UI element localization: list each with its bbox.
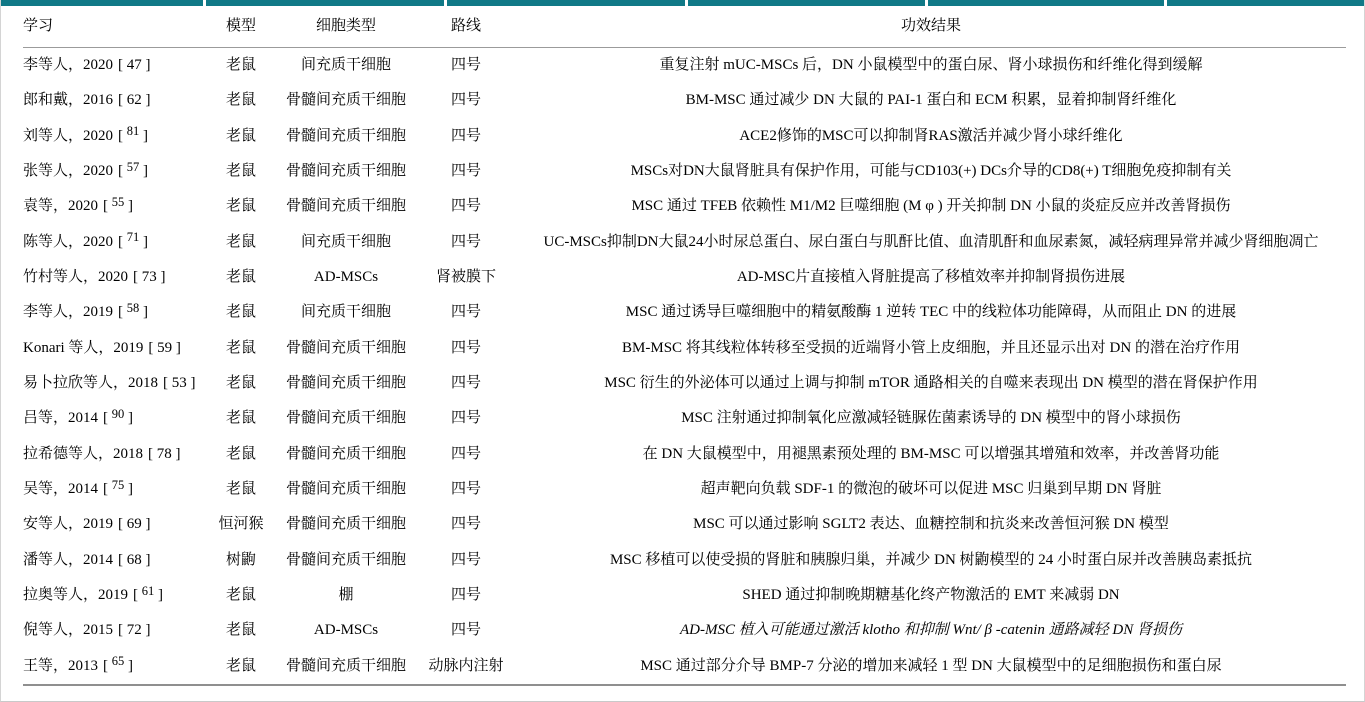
outcome-cell: 重复注射 mUC-MSCs 后，DN 小鼠模型中的蛋白尿、肾小球损伤和纤维化得到…	[516, 58, 1346, 73]
table-bottom-border	[23, 684, 1346, 686]
study-cell: 郎和戴，2016[ 62 ]	[23, 93, 206, 108]
citation-ref-link[interactable]: [ 78 ]	[148, 446, 181, 462]
model-cell: 老鼠	[206, 482, 276, 497]
table-row: 陈等人，2020[ 71 ] 老鼠 间充质干细胞 四号 UC-MSCs抑制DN大…	[1, 225, 1364, 260]
study-cell: 李等人，2020[ 47 ]	[23, 58, 206, 73]
top-border-segment	[1, 0, 203, 6]
citation-number[interactable]: 61	[142, 585, 155, 598]
model-cell: 老鼠	[206, 164, 276, 179]
model-cell: 老鼠	[206, 411, 276, 426]
citation-ref-link[interactable]: [ 75 ]	[103, 481, 133, 497]
citation-number[interactable]: 55	[112, 196, 125, 209]
route-cell: 四号	[416, 199, 516, 214]
study-cell: 拉希德等人，2018[ 78 ]	[23, 447, 206, 462]
cell-type-cell: 骨髓间充质干细胞	[276, 447, 416, 462]
route-cell: 四号	[416, 164, 516, 179]
model-cell: 老鼠	[206, 235, 276, 250]
study-label: 竹村等人，2020	[23, 269, 128, 285]
column-header-model: 模型	[206, 19, 276, 34]
study-cell: 吕等，2014[ 90 ]	[23, 411, 206, 426]
table-header-row: 学习 模型 细胞类型 路线 功效结果	[1, 6, 1364, 47]
citation-number[interactable]: 65	[112, 655, 125, 668]
route-cell: 四号	[416, 341, 516, 356]
citation-number[interactable]: 47	[127, 58, 142, 73]
route-cell: 四号	[416, 376, 516, 391]
model-cell: 老鼠	[206, 376, 276, 391]
citation-ref-link[interactable]: [ 72 ]	[118, 622, 151, 638]
study-cell: Konari 等人，2019[ 59 ]	[23, 341, 206, 356]
table-row: Konari 等人，2019[ 59 ] 老鼠 骨髓间充质干细胞 四号 BM-M…	[1, 331, 1364, 366]
study-label: 刘等人，2020	[23, 128, 113, 144]
top-border-segment	[688, 0, 925, 6]
cell-type-cell: 棚	[276, 588, 416, 603]
study-cell: 陈等人，2020[ 71 ]	[23, 235, 206, 250]
outcome-cell: UC-MSCs抑制DN大鼠24小时尿总蛋白、尿白蛋白与肌酐比值、血清肌酐和血尿素…	[516, 235, 1346, 250]
outcome-cell: MSC 通过 TFEB 依赖性 M1/M2 巨噬细胞 (M φ ) 开关抑制 D…	[516, 199, 1346, 214]
cell-type-cell: 骨髓间充质干细胞	[276, 93, 416, 108]
study-label: 拉奥等人，2019	[23, 587, 128, 603]
table-row: 刘等人，2020[ 81 ] 老鼠 骨髓间充质干细胞 四号 ACE2修饰的MSC…	[1, 119, 1364, 154]
outcome-cell: 在 DN 大鼠模型中，用褪黑素预处理的 BM-MSC 可以增强其增殖和效率，并改…	[516, 447, 1346, 462]
citation-ref-link[interactable]: [ 73 ]	[133, 269, 166, 285]
table-row: 郎和戴，2016[ 62 ] 老鼠 骨髓间充质干细胞 四号 BM-MSC 通过减…	[1, 83, 1364, 118]
model-cell: 老鼠	[206, 659, 276, 674]
study-label: 张等人，2020	[23, 163, 113, 179]
column-header-outcome: 功效结果	[516, 19, 1346, 34]
table-row: 竹村等人，2020[ 73 ] 老鼠 AD-MSCs 肾被膜下 AD-MSC片直…	[1, 260, 1364, 295]
column-header-route: 路线	[416, 19, 516, 34]
model-cell: 老鼠	[206, 199, 276, 214]
outcome-cell: MSC 可以通过影响 SGLT2 表达、血糖控制和抗炎来改善恒河猴 DN 模型	[516, 517, 1346, 532]
cell-type-cell: 间充质干细胞	[276, 58, 416, 73]
citation-number[interactable]: 90	[112, 408, 125, 421]
citation-number[interactable]: 75	[112, 479, 125, 492]
route-cell: 四号	[416, 235, 516, 250]
route-cell: 四号	[416, 517, 516, 532]
route-cell: 肾被膜下	[416, 270, 516, 285]
citation-number[interactable]: 73	[142, 270, 157, 285]
cell-type-cell: 间充质干细胞	[276, 305, 416, 320]
study-label: 倪等人，2015	[23, 622, 113, 638]
study-label: 袁等，2020	[23, 198, 98, 214]
study-label: 王等，2013	[23, 658, 98, 674]
route-cell: 四号	[416, 93, 516, 108]
study-label: 郎和戴，2016	[23, 92, 113, 108]
study-label: 拉希德等人，2018	[23, 446, 143, 462]
table-row: 拉希德等人，2018[ 78 ] 老鼠 骨髓间充质干细胞 四号 在 DN 大鼠模…	[1, 437, 1364, 472]
citation-ref-link[interactable]: [ 55 ]	[103, 198, 133, 214]
study-cell: 潘等人，2014[ 68 ]	[23, 553, 206, 568]
page: 学习 模型 细胞类型 路线 功效结果 李等人，2020[ 47 ] 老鼠 间充质…	[0, 0, 1365, 702]
outcome-cell: BM-MSC 通过减少 DN 大鼠的 PAI-1 蛋白和 ECM 积累，显着抑制…	[516, 93, 1346, 108]
citation-ref-link[interactable]: [ 57 ]	[118, 163, 148, 179]
table-row: 李等人，2020[ 47 ] 老鼠 间充质干细胞 四号 重复注射 mUC-MSC…	[1, 48, 1364, 83]
route-cell: 四号	[416, 482, 516, 497]
outcome-cell: MSC 通过部分介导 BMP-7 分泌的增加来减轻 1 型 DN 大鼠模型中的足…	[516, 659, 1346, 674]
cell-type-cell: AD-MSCs	[276, 623, 416, 638]
top-border-segment	[447, 0, 685, 6]
cell-type-cell: 间充质干细胞	[276, 235, 416, 250]
citation-ref-link[interactable]: [ 65 ]	[103, 658, 133, 674]
cell-type-cell: 骨髓间充质干细胞	[276, 341, 416, 356]
citation-number[interactable]: 59	[157, 341, 172, 356]
table-row: 吕等，2014[ 90 ] 老鼠 骨髓间充质干细胞 四号 MSC 注射通过抑制氧…	[1, 401, 1364, 436]
model-cell: 老鼠	[206, 341, 276, 356]
citation-number[interactable]: 68	[127, 553, 142, 568]
cell-type-cell: 骨髓间充质干细胞	[276, 411, 416, 426]
cell-type-cell: 骨髓间充质干细胞	[276, 553, 416, 568]
study-cell: 吴等，2014[ 75 ]	[23, 482, 206, 497]
citation-number[interactable]: 81	[127, 125, 140, 138]
outcome-cell: AD-MSC 植入可能通过激活 klotho 和抑制 Wnt/ β -caten…	[516, 623, 1346, 638]
citation-ref-link[interactable]: [ 81 ]	[118, 128, 148, 144]
citation-ref-link[interactable]: [ 90 ]	[103, 410, 133, 426]
route-cell: 四号	[416, 411, 516, 426]
citation-ref-link[interactable]: [ 53 ]	[163, 375, 196, 391]
outcome-cell: MSCs对DN大鼠肾脏具有保护作用，可能与CD103(+) DCs介导的CD8(…	[516, 164, 1346, 179]
citation-number[interactable]: 57	[127, 161, 140, 174]
cell-type-cell: 骨髓间充质干细胞	[276, 482, 416, 497]
outcome-cell: 超声靶向负载 SDF-1 的微泡的破坏可以促进 MSC 归巢到早期 DN 肾脏	[516, 482, 1346, 497]
study-label: 陈等人，2020	[23, 234, 113, 250]
citation-number[interactable]: 69	[127, 517, 142, 532]
study-label: Konari 等人，2019	[23, 340, 143, 356]
outcome-cell: ACE2修饰的MSC可以抑制肾RAS激活并减少肾小球纤维化	[516, 129, 1346, 144]
route-cell: 四号	[416, 58, 516, 73]
citation-number[interactable]: 72	[127, 623, 142, 638]
outcome-cell: MSC 通过诱导巨噬细胞中的精氨酸酶 1 逆转 TEC 中的线粒体功能障碍，从而…	[516, 305, 1346, 320]
study-label: 易卜拉欣等人，2018	[23, 375, 158, 391]
top-border-segment	[206, 0, 444, 6]
route-cell: 四号	[416, 588, 516, 603]
route-cell: 动脉内注射	[416, 659, 516, 674]
study-label: 吴等，2014	[23, 481, 98, 497]
study-cell: 王等，2013[ 65 ]	[23, 659, 206, 674]
route-cell: 四号	[416, 447, 516, 462]
study-cell: 张等人，2020[ 57 ]	[23, 164, 206, 179]
study-cell: 竹村等人，2020[ 73 ]	[23, 270, 206, 285]
table-row: 潘等人，2014[ 68 ] 树鼩 骨髓间充质干细胞 四号 MSC 移植可以使受…	[1, 543, 1364, 578]
outcome-cell: BM-MSC 将其线粒体转移至受损的近端肾小管上皮细胞，并且还显示出对 DN 的…	[516, 341, 1346, 356]
table-row: 袁等，2020[ 55 ] 老鼠 骨髓间充质干细胞 四号 MSC 通过 TFEB…	[1, 189, 1364, 224]
study-cell: 易卜拉欣等人，2018[ 53 ]	[23, 376, 206, 391]
study-label: 安等人，2019	[23, 516, 113, 532]
study-cell: 安等人，2019[ 69 ]	[23, 517, 206, 532]
outcome-cell: MSC 衍生的外泌体可以通过上调与抑制 mTOR 通路相关的自噬来表现出 DN …	[516, 376, 1346, 391]
table-row: 张等人，2020[ 57 ] 老鼠 骨髓间充质干细胞 四号 MSCs对DN大鼠肾…	[1, 154, 1364, 189]
citation-number[interactable]: 78	[157, 447, 172, 462]
study-label: 潘等人，2014	[23, 552, 113, 568]
model-cell: 老鼠	[206, 447, 276, 462]
outcome-cell: MSC 注射通过抑制氧化应激减轻链脲佐菌素诱导的 DN 模型中的肾小球损伤	[516, 411, 1346, 426]
model-cell: 树鼩	[206, 553, 276, 568]
table-body: 李等人，2020[ 47 ] 老鼠 间充质干细胞 四号 重复注射 mUC-MSC…	[1, 48, 1364, 684]
route-cell: 四号	[416, 623, 516, 638]
model-cell: 老鼠	[206, 623, 276, 638]
citation-ref-link[interactable]: [ 62 ]	[118, 92, 151, 108]
model-cell: 恒河猴	[206, 517, 276, 532]
study-label: 李等人，2020	[23, 57, 113, 73]
outcome-cell: SHED 通过抑制晚期糖基化终产物激活的 EMT 来减弱 DN	[516, 588, 1346, 603]
citation-ref-link[interactable]: [ 61 ]	[133, 587, 163, 603]
citation-number[interactable]: 62	[127, 93, 142, 108]
model-cell: 老鼠	[206, 93, 276, 108]
citation-ref-link[interactable]: [ 47 ]	[118, 57, 151, 73]
table-row: 吴等，2014[ 75 ] 老鼠 骨髓间充质干细胞 四号 超声靶向负载 SDF-…	[1, 472, 1364, 507]
citation-number[interactable]: 58	[127, 302, 140, 315]
top-border-segment	[928, 0, 1164, 6]
model-cell: 老鼠	[206, 58, 276, 73]
column-header-study: 学习	[23, 19, 206, 34]
model-cell: 老鼠	[206, 588, 276, 603]
outcome-cell: MSC 移植可以使受损的肾脏和胰腺归巢，并减少 DN 树鼩模型的 24 小时蛋白…	[516, 553, 1346, 568]
model-cell: 老鼠	[206, 270, 276, 285]
citation-number[interactable]: 71	[127, 231, 140, 244]
table-row: 拉奥等人，2019[ 61 ] 老鼠 棚 四号 SHED 通过抑制晚期糖基化终产…	[1, 578, 1364, 613]
citation-ref-link[interactable]: [ 69 ]	[118, 516, 151, 532]
citation-ref-link[interactable]: [ 71 ]	[118, 234, 148, 250]
column-header-cell-type: 细胞类型	[276, 19, 416, 34]
citation-ref-link[interactable]: [ 58 ]	[118, 304, 148, 320]
study-cell: 倪等人，2015[ 72 ]	[23, 623, 206, 638]
cell-type-cell: 骨髓间充质干细胞	[276, 659, 416, 674]
cell-type-cell: AD-MSCs	[276, 270, 416, 285]
model-cell: 老鼠	[206, 129, 276, 144]
cell-type-cell: 骨髓间充质干细胞	[276, 164, 416, 179]
cell-type-cell: 骨髓间充质干细胞	[276, 517, 416, 532]
table-row: 王等，2013[ 65 ] 老鼠 骨髓间充质干细胞 动脉内注射 MSC 通过部分…	[1, 649, 1364, 684]
cell-type-cell: 骨髓间充质干细胞	[276, 199, 416, 214]
table-row: 安等人，2019[ 69 ] 恒河猴 骨髓间充质干细胞 四号 MSC 可以通过影…	[1, 507, 1364, 542]
citation-ref-link[interactable]: [ 59 ]	[148, 340, 181, 356]
study-cell: 刘等人，2020[ 81 ]	[23, 129, 206, 144]
study-cell: 李等人，2019[ 58 ]	[23, 305, 206, 320]
table-row: 易卜拉欣等人，2018[ 53 ] 老鼠 骨髓间充质干细胞 四号 MSC 衍生的…	[1, 366, 1364, 401]
citation-number[interactable]: 53	[172, 376, 187, 391]
route-cell: 四号	[416, 129, 516, 144]
cell-type-cell: 骨髓间充质干细胞	[276, 129, 416, 144]
table-row: 李等人，2019[ 58 ] 老鼠 间充质干细胞 四号 MSC 通过诱导巨噬细胞…	[1, 295, 1364, 330]
study-cell: 拉奥等人，2019[ 61 ]	[23, 588, 206, 603]
table-row: 倪等人，2015[ 72 ] 老鼠 AD-MSCs 四号 AD-MSC 植入可能…	[1, 613, 1364, 648]
route-cell: 四号	[416, 553, 516, 568]
citation-ref-link[interactable]: [ 68 ]	[118, 552, 151, 568]
model-cell: 老鼠	[206, 305, 276, 320]
top-border-segment	[1167, 0, 1364, 6]
study-label: 李等人，2019	[23, 304, 113, 320]
route-cell: 四号	[416, 305, 516, 320]
outcome-cell: AD-MSC片直接植入肾脏提高了移植效率并抑制肾损伤进展	[516, 270, 1346, 285]
table-top-border	[1, 0, 1364, 6]
study-cell: 袁等，2020[ 55 ]	[23, 199, 206, 214]
study-label: 吕等，2014	[23, 410, 98, 426]
cell-type-cell: 骨髓间充质干细胞	[276, 376, 416, 391]
